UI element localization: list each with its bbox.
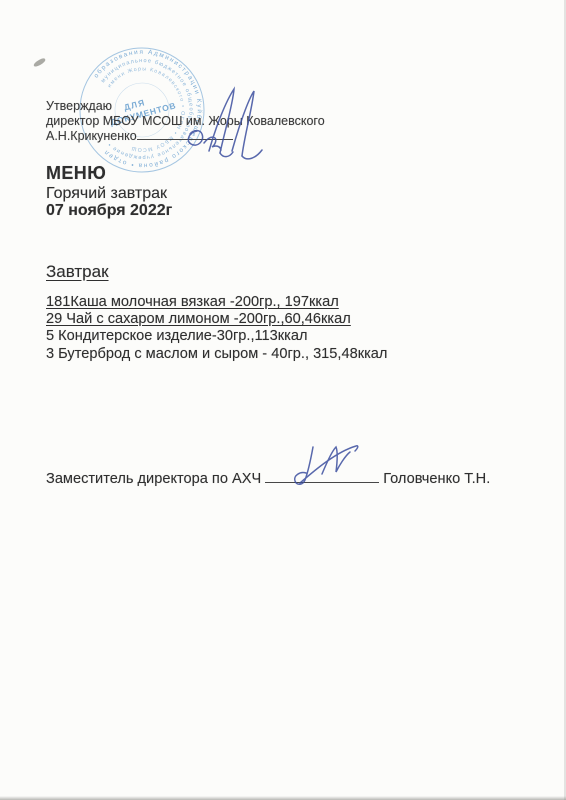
approval-name: А.Н.Крикуненко [46, 129, 137, 143]
page-title: МЕНЮ [46, 163, 106, 184]
menu-item-4: 3 Бутерброд с маслом и сыром - 40гр., 31… [46, 346, 387, 363]
scan-edge-bottom [0, 796, 566, 800]
footer-signature-row: Заместитель директора по АХЧГоловченко Т… [46, 471, 490, 487]
menu-item-1: 181Каша молочная вязкая -200гр., 197ккал [46, 294, 387, 311]
approval-block: Утверждаю директор МБОУ МСОШ им. Жоры Ко… [46, 99, 325, 144]
scanned-menu-document: образования Администрации Куйбышевского … [0, 0, 566, 800]
menu-items-list: 181Каша молочная вязкая -200гр., 197ккал… [46, 294, 387, 363]
footer-name: Головченко Т.Н. [383, 471, 490, 487]
scan-speck [33, 57, 47, 68]
approval-line-3: А.Н.Крикуненко [46, 128, 325, 144]
approval-line-2: директор МБОУ МСОШ им. Жоры Ковалевского [46, 114, 325, 129]
menu-item-3: 5 Кондитерское изделие-30гр.,113ккал [46, 328, 387, 345]
footer-label: Заместитель директора по АХЧ [46, 471, 261, 487]
page-date: 07 ноября 2022г [46, 202, 172, 220]
deputy-signature-line [265, 471, 379, 483]
section-title: Завтрак [46, 262, 109, 282]
page-subtitle: Горячий завтрак [46, 185, 167, 203]
approval-line-1: Утверждаю [46, 99, 325, 114]
menu-item-2: 29 Чай с сахаром лимоном -200гр.,60,46кк… [46, 311, 387, 328]
director-signature-line [137, 128, 233, 140]
